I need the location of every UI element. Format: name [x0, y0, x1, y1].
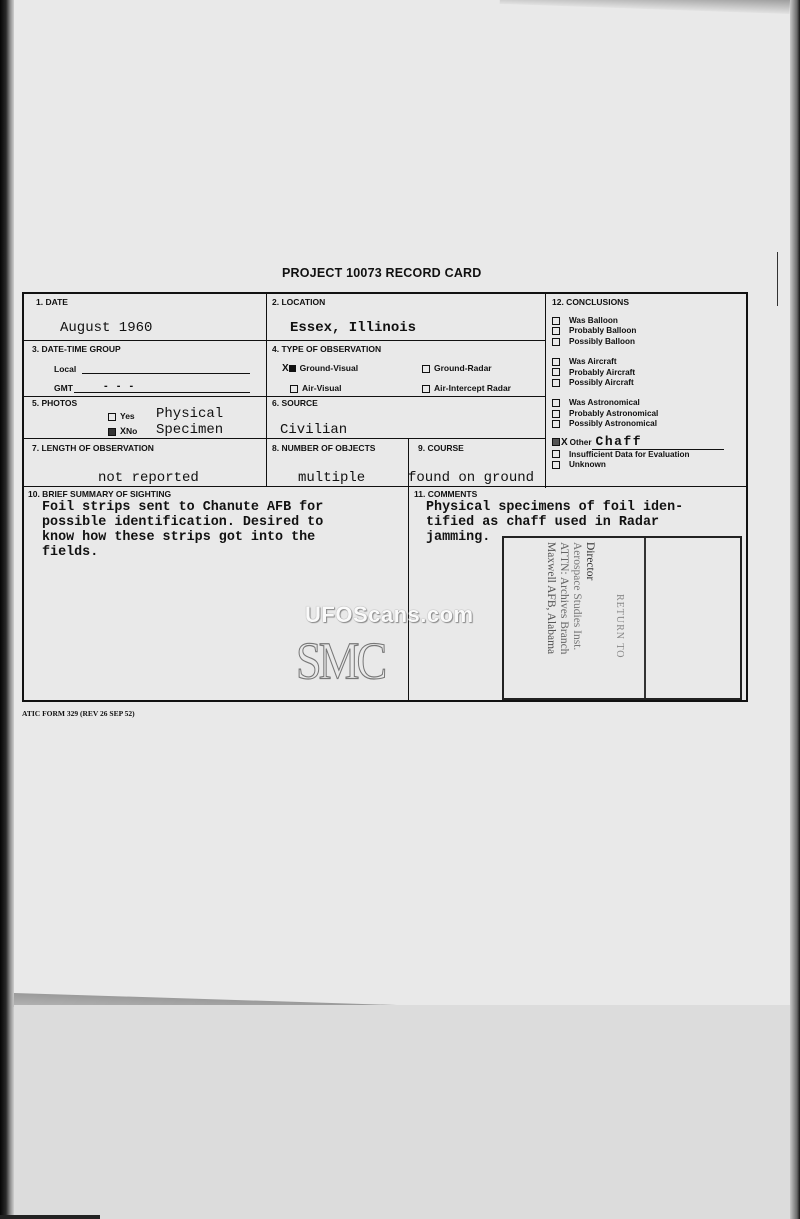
- checkbox-icon: [108, 413, 116, 421]
- checkbox-icon: [290, 385, 298, 393]
- checkbox-icon: [552, 410, 560, 418]
- gmt-label: GMT: [54, 383, 73, 393]
- course-value: found on ground: [408, 470, 534, 486]
- routing-address: DirectorAerospace Studies Inst.ATTN: Arc…: [512, 542, 596, 696]
- date-value: August 1960: [60, 320, 152, 336]
- checkbox-icon: [552, 450, 560, 458]
- option-ground-visual: XGround-Visual: [282, 363, 358, 374]
- conclusion-option: Unknown: [552, 460, 724, 470]
- other-value: Chaff: [596, 434, 643, 449]
- source-label: 6. SOURCE: [272, 398, 318, 408]
- photos-no-option: XNo: [108, 426, 137, 436]
- local-time-line: [82, 373, 250, 374]
- photos-note-line-1: Physical: [156, 406, 223, 422]
- option-ground-radar: Ground-Radar: [422, 363, 492, 373]
- checkbox-icon: [552, 399, 560, 407]
- scan-bottom-edge: [0, 1215, 100, 1219]
- checked-box-icon: [289, 365, 296, 372]
- initials-stamp: SMC: [296, 630, 384, 691]
- local-time-label: Local: [54, 364, 76, 374]
- conclusion-option: Was Balloon: [552, 316, 724, 326]
- photos-label: 5. PHOTOS: [32, 398, 77, 408]
- checkbox-icon: [552, 358, 560, 366]
- type-of-observation-label: 4. TYPE OF OBSERVATION: [272, 344, 381, 354]
- photos-note-line-2: Specimen: [156, 422, 223, 438]
- conclusion-option: Was Astronomical: [552, 398, 724, 408]
- x-mark-icon: X: [561, 437, 568, 448]
- length-of-observation-label: 7. LENGTH OF OBSERVATION: [32, 443, 154, 453]
- checkbox-icon: [552, 420, 560, 428]
- date-label: 1. DATE: [36, 297, 68, 307]
- card-title: PROJECT 10073 RECORD CARD: [282, 266, 482, 280]
- conclusions-divider: [545, 294, 546, 488]
- other-fill-line: Chaff: [592, 436, 724, 450]
- checkbox-icon: [422, 365, 430, 373]
- scan-left-edge: [0, 0, 14, 1219]
- routing-stamp: DirectorAerospace Studies Inst.ATTN: Arc…: [502, 536, 742, 700]
- photos-yes-option: Yes: [108, 411, 135, 421]
- brief-summary-text: Foil strips sent to Chanute AFB forpossi…: [42, 500, 323, 560]
- checkbox-icon: [552, 461, 560, 469]
- number-of-objects-value: multiple: [298, 470, 365, 486]
- conclusion-option: Possibly Astronomical: [552, 419, 724, 429]
- option-air-intercept-radar: Air-Intercept Radar: [422, 383, 511, 393]
- record-card: 1. DATE August 1960 2. LOCATION Essex, I…: [22, 292, 748, 702]
- margin-mark: [777, 252, 778, 306]
- date-time-group-label: 3. DATE-TIME GROUP: [32, 344, 121, 354]
- x-mark-icon: X: [282, 363, 289, 374]
- conclusion-option: Possibly Aircraft: [552, 378, 724, 388]
- conclusions-list: Was Balloon Probably Balloon Possibly Ba…: [552, 316, 724, 470]
- gmt-value: - - -: [104, 380, 136, 392]
- checkbox-icon: [552, 368, 560, 376]
- row-divider: [24, 340, 545, 341]
- location-label: 2. LOCATION: [272, 297, 325, 307]
- course-label: 9. COURSE: [418, 443, 464, 453]
- conclusion-option: Probably Balloon: [552, 326, 724, 336]
- conclusion-other: XOtherChaff: [552, 436, 724, 450]
- watermark: UFOScans.com: [305, 602, 474, 628]
- checked-box-icon: [108, 428, 116, 436]
- checkbox-icon: [552, 327, 560, 335]
- option-air-visual: Air-Visual: [290, 383, 342, 393]
- number-of-objects-label: 8. NUMBER OF OBJECTS: [272, 443, 375, 453]
- column-divider: [266, 294, 267, 486]
- row-divider: [24, 486, 748, 487]
- conclusion-option: Was Aircraft: [552, 357, 724, 367]
- checkbox-icon: [552, 338, 560, 346]
- location-value: Essex, Illinois: [290, 320, 416, 336]
- comments-label: 11. COMMENTS: [414, 489, 477, 499]
- conclusion-option: Probably Aircraft: [552, 368, 724, 378]
- brief-summary-label: 10. BRIEF SUMMARY OF SIGHTING: [28, 489, 171, 499]
- conclusion-option: Probably Astronomical: [552, 409, 724, 419]
- length-of-observation-value: not reported: [98, 470, 199, 486]
- stamp-divider: [644, 538, 646, 698]
- row-divider: [24, 438, 545, 439]
- gmt-line: [74, 392, 250, 393]
- checkbox-icon: [422, 385, 430, 393]
- conclusion-option: Insufficient Data for Evaluation: [552, 450, 724, 460]
- page-top-shadow: [500, 0, 790, 14]
- form-id: ATIC FORM 329 (REV 26 SEP 52): [22, 709, 135, 718]
- routing-header: RETURN TO: [614, 594, 625, 658]
- conclusions-label: 12. CONCLUSIONS: [552, 297, 629, 307]
- row-divider: [24, 396, 545, 397]
- checkbox-icon: [552, 317, 560, 325]
- scan-right-edge: [790, 0, 800, 1219]
- lower-sheet: [14, 1005, 790, 1219]
- source-value: Civilian: [280, 422, 347, 438]
- checked-box-icon: [552, 438, 560, 446]
- conclusion-option: Possibly Balloon: [552, 337, 724, 347]
- checkbox-icon: [552, 379, 560, 387]
